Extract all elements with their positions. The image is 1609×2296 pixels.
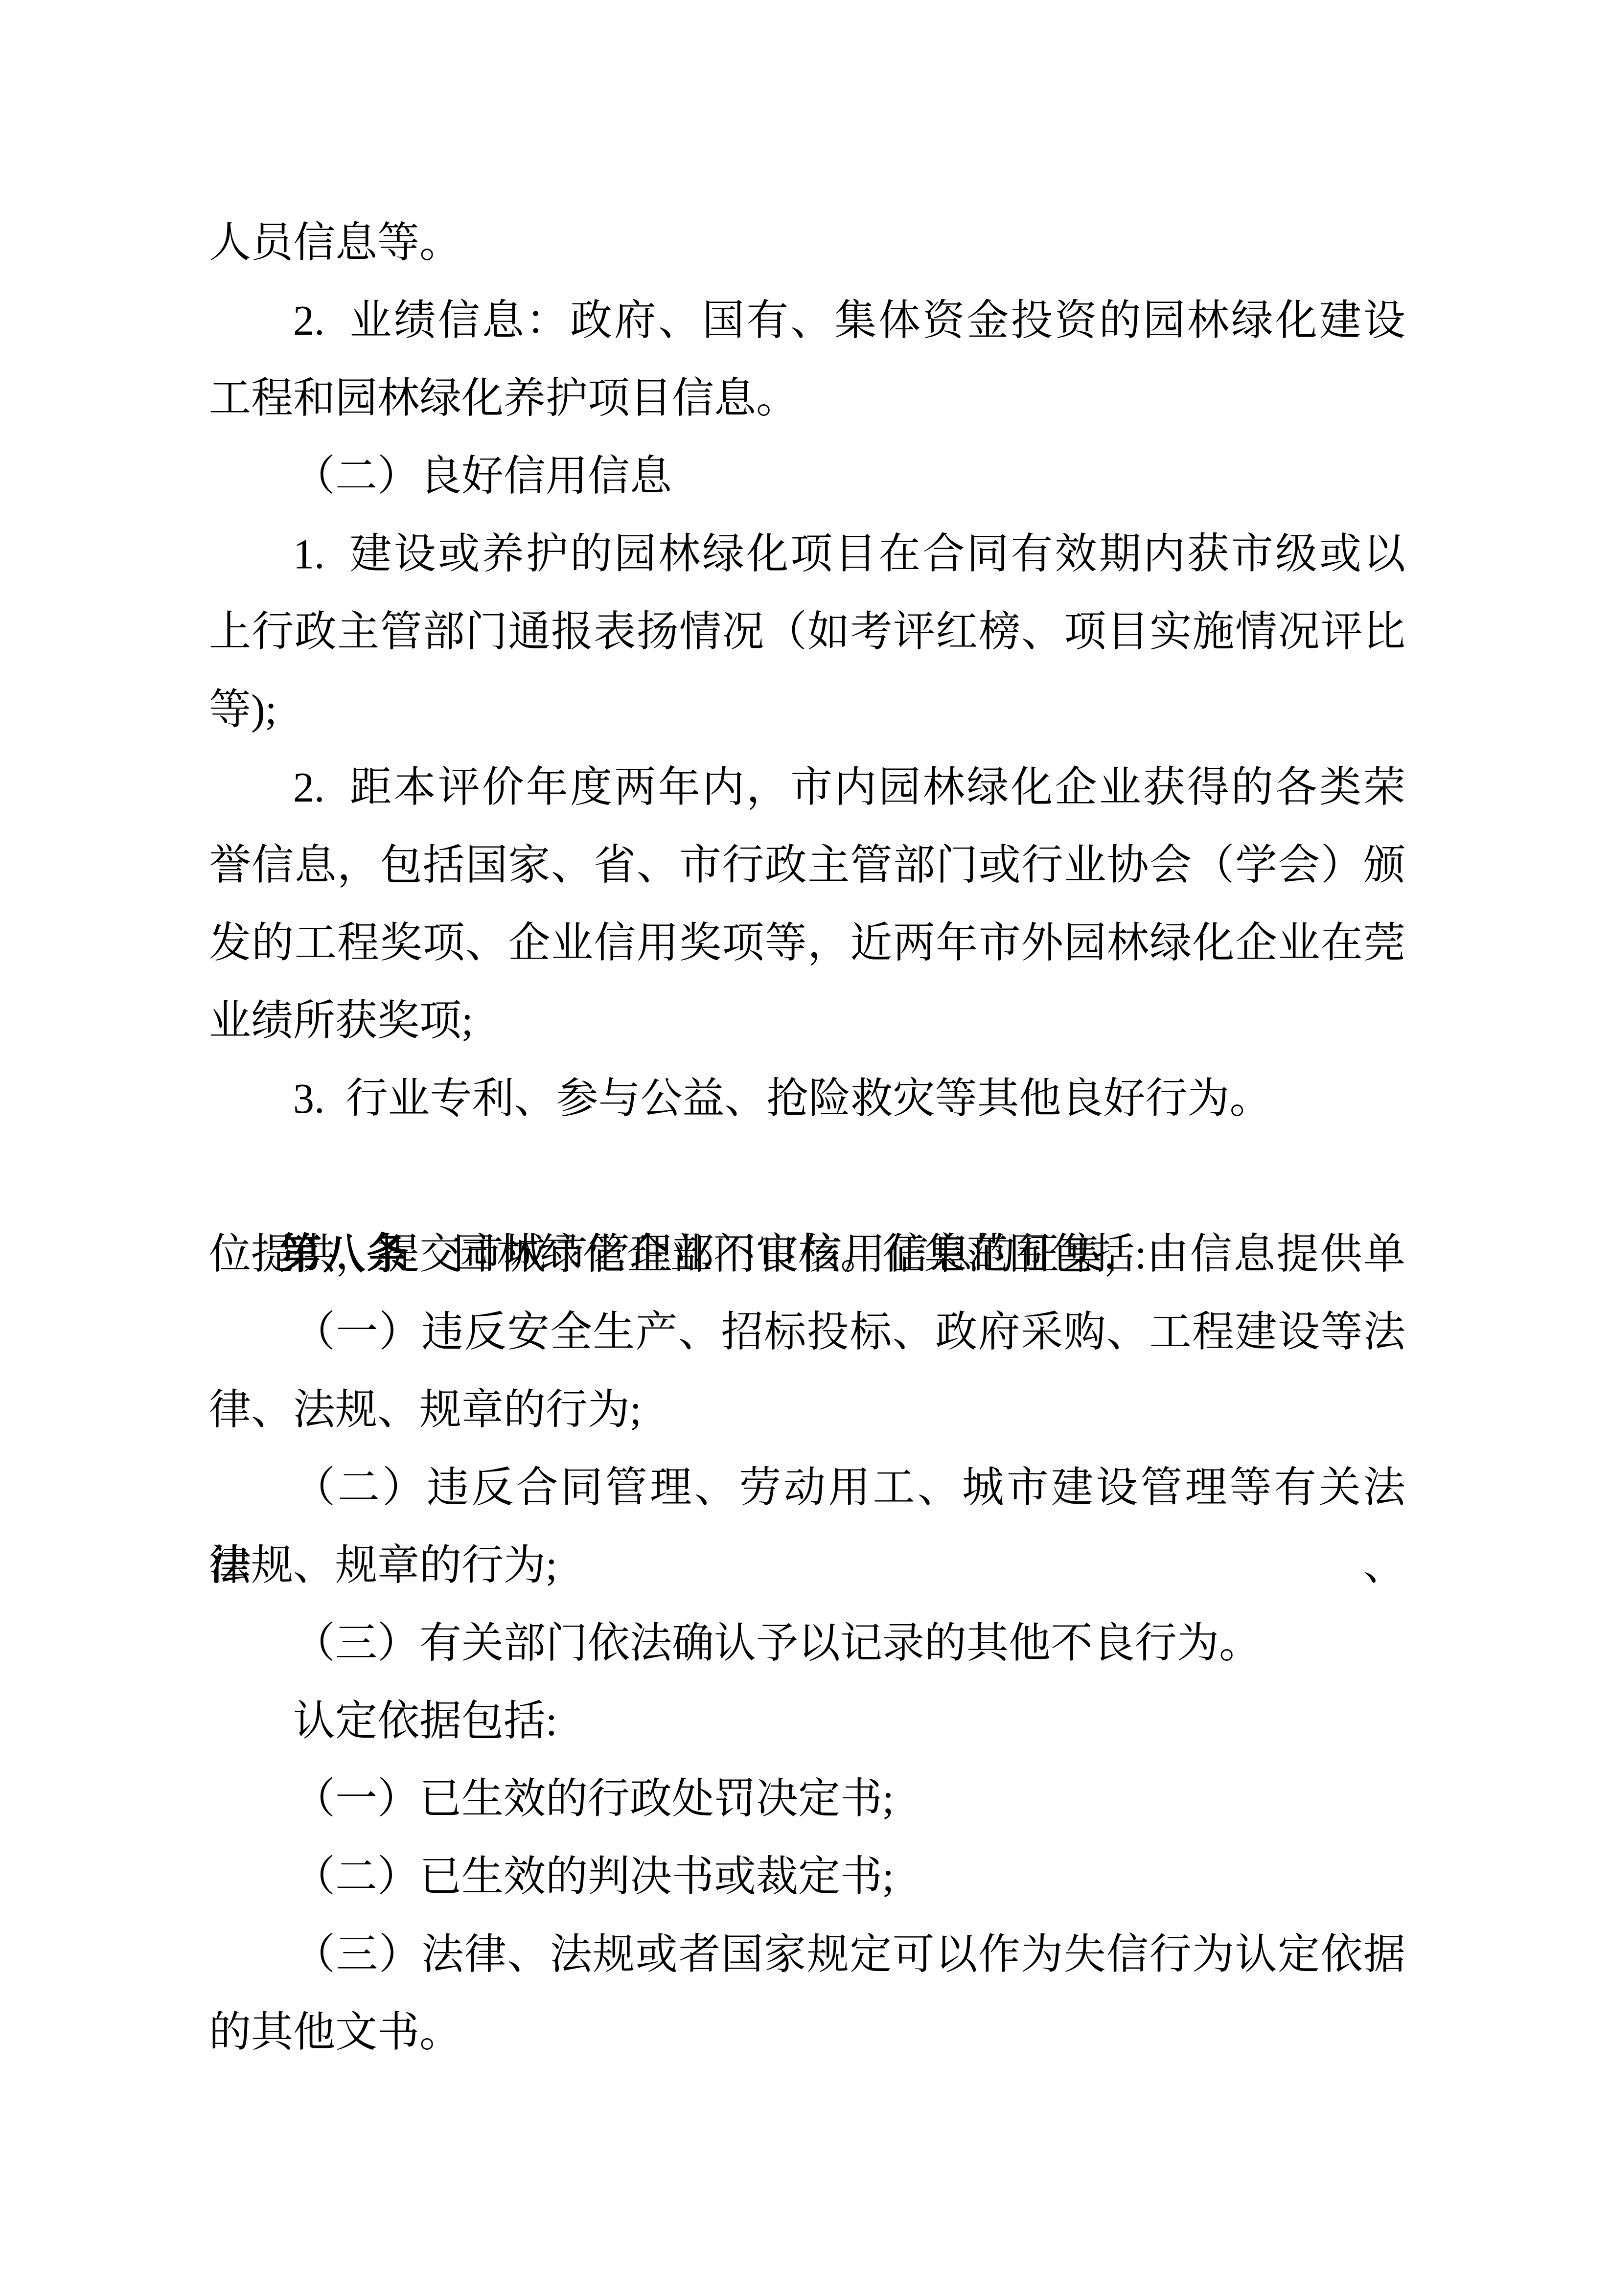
text-line: 工程和园林绿化养护项目信息。	[209, 360, 1405, 437]
text-line: 2. 距本评价年度两年内，市内园林绿化企业获得的各类荣	[209, 749, 1405, 827]
text-line: 2. 业绩信息：政府、国有、集体资金投资的园林绿化建设	[209, 282, 1405, 360]
text-line: （一）违反安全生产、招标投标、政府采购、工程建设等法	[209, 1293, 1405, 1371]
text-line: 的其他文书。	[209, 1994, 1405, 2071]
text-line: 业绩所获奖项;	[209, 982, 1405, 1060]
text-line: 上行政主管部门通报表扬情况（如考评红榜、项目实施情况评比	[209, 593, 1405, 671]
document-text-block: 人员信息等。 2. 业绩信息：政府、国有、集体资金投资的园林绿化建设 工程和园林…	[209, 204, 1405, 2071]
text-line: 律、法规、规章的行为;	[209, 1371, 1405, 1449]
text-line: 人员信息等。	[209, 204, 1405, 282]
text-line: 誉信息，包括国家、省、市行政主管部门或行业协会（学会）颁	[209, 827, 1405, 904]
text-line: （二）良好信用信息	[209, 437, 1405, 515]
text-line: 发的工程奖项、企业信用奖项等，近两年市外园林绿化企业在莞	[209, 904, 1405, 982]
text-line: （二）已生效的判决书或裁定书;	[209, 1838, 1405, 1916]
text-line: （三）有关部门依法确认予以记录的其他不良行为。	[209, 1605, 1405, 1682]
text-line: 第八条 园林绿化企业不良信用信息的征集，由信息提供单	[209, 1138, 1405, 1216]
text-line: （一）已生效的行政处罚决定书;	[209, 1760, 1405, 1838]
document-page: 人员信息等。 2. 业绩信息：政府、国有、集体资金投资的园林绿化建设 工程和园林…	[0, 0, 1609, 2296]
text-line: （三）法律、法规或者国家规定可以作为失信行为认定依据	[209, 1916, 1405, 1994]
text-line: 认定依据包括:	[209, 1682, 1405, 1760]
text-line: （二）违反合同管理、劳动用工、城市建设管理等有关法律、	[209, 1449, 1405, 1527]
text-line: 1. 建设或养护的园林绿化项目在合同有效期内获市级或以	[209, 515, 1405, 593]
text-line: 3. 行业专利、参与公益、抢险救灾等其他良好行为。	[209, 1060, 1405, 1138]
text-line: 等);	[209, 671, 1405, 749]
